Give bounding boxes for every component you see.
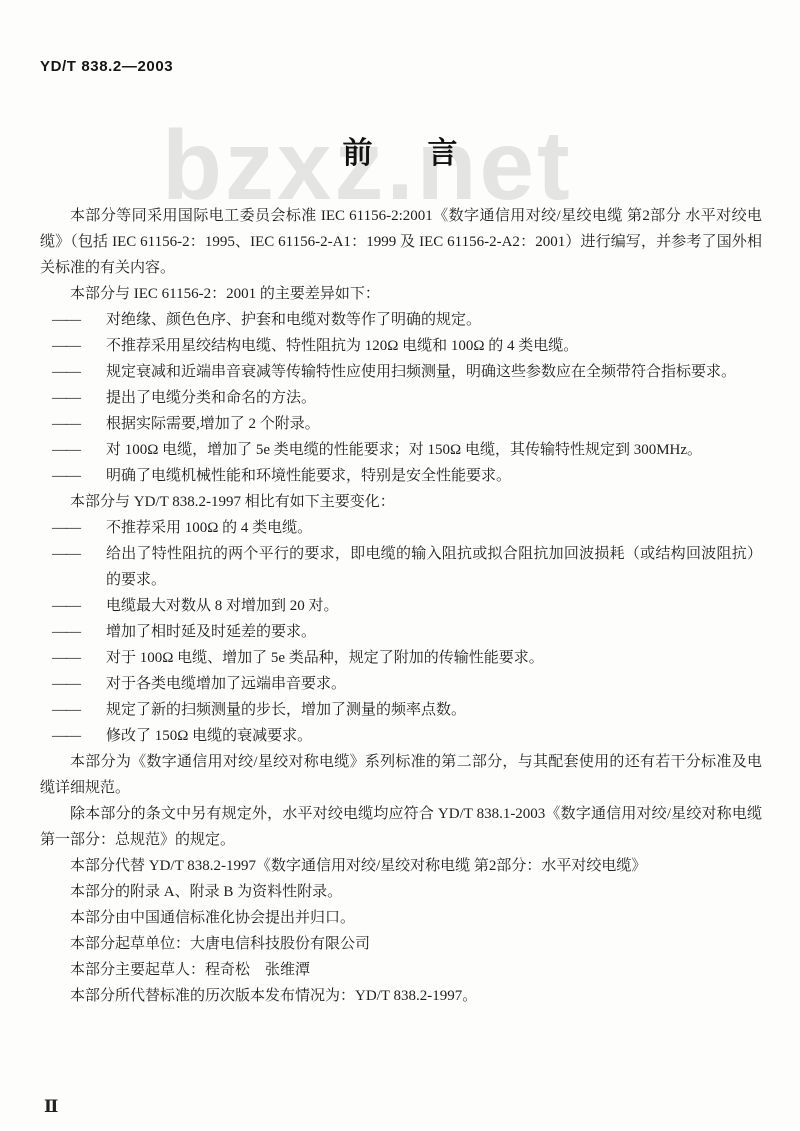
text-line: 本部分所代替标准的历次版本发布情况为：YD/T 838.2-1997。 <box>40 983 762 1009</box>
text-line: 本部分代替 YD/T 838.2-1997《数字通信用对绞/星绞对称电缆 第2部… <box>40 853 762 879</box>
dash-marker: —— <box>52 411 106 437</box>
dash-marker: —— <box>52 385 106 411</box>
line-text: 本部分起草单位：大唐电信科技股份有限公司 <box>70 936 370 952</box>
line-text: 明确了电缆机械性能和环境性能要求，特别是安全性能要求。 <box>106 463 762 489</box>
line-text: 本部分与 IEC 61156-2：2001 的主要差异如下： <box>70 286 380 302</box>
standard-number-header: YD/T 838.2—2003 <box>40 58 173 75</box>
dash-marker: —— <box>52 541 106 593</box>
text-line: —— 不推荐采用 100Ω 的 4 类电缆。 <box>40 515 762 541</box>
content-lines: 本部分等同采用国际电工委员会标准 IEC 61156-2:2001《数字通信用对… <box>40 203 762 1009</box>
dash-marker: —— <box>52 359 106 385</box>
text-line: —— 给出了特性阻抗的两个平行的要求，即电缆的输入阻抗或拟合阻抗加回波损耗（或结… <box>40 541 762 593</box>
line-text: 不推荐采用 100Ω 的 4 类电缆。 <box>106 515 762 541</box>
text-line: 本部分起草单位：大唐电信科技股份有限公司 <box>40 931 762 957</box>
text-line: 本部分的附录 A、附录 B 为资料性附录。 <box>40 879 762 905</box>
text-line: 本部分由中国通信标准化协会提出并归口。 <box>40 905 762 931</box>
line-text: 本部分代替 YD/T 838.2-1997《数字通信用对绞/星绞对称电缆 第2部… <box>70 858 646 874</box>
dash-marker: —— <box>52 437 106 463</box>
text-line: 本部分与 IEC 61156-2：2001 的主要差异如下： <box>40 281 762 307</box>
text-line: 本部分与 YD/T 838.2-1997 相比有如下主要变化： <box>40 489 762 515</box>
text-line: —— 提出了电缆分类和命名的方法。 <box>40 385 762 411</box>
text-line: —— 电缆最大对数从 8 对增加到 20 对。 <box>40 593 762 619</box>
text-line: —— 增加了相时延及时延差的要求。 <box>40 619 762 645</box>
text-line: —— 不推荐采用星绞结构电缆、特性阻抗为 120Ω 电缆和 100Ω 的 4 类… <box>40 333 762 359</box>
line-text: 本部分由中国通信标准化协会提出并归口。 <box>70 910 355 926</box>
dash-marker: —— <box>52 697 106 723</box>
text-line: —— 根据实际需要,增加了 2 个附录。 <box>40 411 762 437</box>
text-line: —— 规定了新的扫频测量的步长，增加了测量的频率点数。 <box>40 697 762 723</box>
line-text: 本部分的附录 A、附录 B 为资料性附录。 <box>70 884 342 900</box>
page-title: 前言 <box>0 128 800 172</box>
dash-marker: —— <box>52 723 106 749</box>
line-text: 本部分等同采用国际电工委员会标准 IEC 61156-2:2001《数字通信用对… <box>40 208 762 276</box>
line-text: 本部分与 YD/T 838.2-1997 相比有如下主要变化： <box>70 494 395 510</box>
dash-marker: —— <box>52 463 106 489</box>
line-text: 本部分主要起草人：程奇松 张维潭 <box>70 962 310 978</box>
line-text: 本部分所代替标准的历次版本发布情况为：YD/T 838.2-1997。 <box>70 988 477 1004</box>
text-line: 本部分等同采用国际电工委员会标准 IEC 61156-2:2001《数字通信用对… <box>40 203 762 281</box>
line-text: 增加了相时延及时延差的要求。 <box>106 619 762 645</box>
text-line: —— 对于 100Ω 电缆、增加了 5e 类品种，规定了附加的传输性能要求。 <box>40 645 762 671</box>
text-line: 本部分为《数字通信用对绞/星绞对称电缆》系列标准的第二部分，与其配套使用的还有若… <box>40 749 762 801</box>
text-line: —— 修改了 150Ω 电缆的衰减要求。 <box>40 723 762 749</box>
dash-marker: —— <box>52 671 106 697</box>
line-text: 对 100Ω 电缆，增加了 5e 类电缆的性能要求；对 150Ω 电缆，其传输特… <box>106 437 762 463</box>
line-text: 电缆最大对数从 8 对增加到 20 对。 <box>106 593 762 619</box>
page-number: Ⅱ <box>44 1097 58 1117</box>
dash-marker: —— <box>52 333 106 359</box>
line-text: 提出了电缆分类和命名的方法。 <box>106 385 762 411</box>
dash-marker: —— <box>52 593 106 619</box>
line-text: 给出了特性阻抗的两个平行的要求，即电缆的输入阻抗或拟合阻抗加回波损耗（或结构回波… <box>106 541 762 593</box>
document-page: YD/T 838.2—2003 bzxz.net 前言 本部分等同采用国际电工委… <box>0 0 800 1131</box>
text-line: 除本部分的条文中另有规定外，水平对绞电缆均应符合 YD/T 838.1-2003… <box>40 801 762 853</box>
line-text: 本部分为《数字通信用对绞/星绞对称电缆》系列标准的第二部分，与其配套使用的还有若… <box>40 754 762 796</box>
line-text: 修改了 150Ω 电缆的衰减要求。 <box>106 723 762 749</box>
text-line: —— 对于各类电缆增加了远端串音要求。 <box>40 671 762 697</box>
line-text: 规定衰减和近端串音衰减等传输特性应使用扫频测量，明确这些参数应在全频带符合指标要… <box>106 359 762 385</box>
dash-marker: —— <box>52 307 106 333</box>
line-text: 对于 100Ω 电缆、增加了 5e 类品种，规定了附加的传输性能要求。 <box>106 645 762 671</box>
text-line: —— 明确了电缆机械性能和环境性能要求，特别是安全性能要求。 <box>40 463 762 489</box>
line-text: 对于各类电缆增加了远端串音要求。 <box>106 671 762 697</box>
line-text: 对绝缘、颜色色序、护套和电缆对数等作了明确的规定。 <box>106 307 762 333</box>
text-line: —— 规定衰减和近端串音衰减等传输特性应使用扫频测量，明确这些参数应在全频带符合… <box>40 359 762 385</box>
line-text: 不推荐采用星绞结构电缆、特性阻抗为 120Ω 电缆和 100Ω 的 4 类电缆。 <box>106 333 762 359</box>
text-line: —— 对绝缘、颜色色序、护套和电缆对数等作了明确的规定。 <box>40 307 762 333</box>
dash-marker: —— <box>52 515 106 541</box>
text-line: —— 对 100Ω 电缆，增加了 5e 类电缆的性能要求；对 150Ω 电缆，其… <box>40 437 762 463</box>
line-text: 除本部分的条文中另有规定外，水平对绞电缆均应符合 YD/T 838.1-2003… <box>40 806 762 848</box>
dash-marker: —— <box>52 619 106 645</box>
dash-marker: —— <box>52 645 106 671</box>
text-line: 本部分主要起草人：程奇松 张维潭 <box>40 957 762 983</box>
line-text: 规定了新的扫频测量的步长，增加了测量的频率点数。 <box>106 697 762 723</box>
line-text: 根据实际需要,增加了 2 个附录。 <box>106 411 762 437</box>
